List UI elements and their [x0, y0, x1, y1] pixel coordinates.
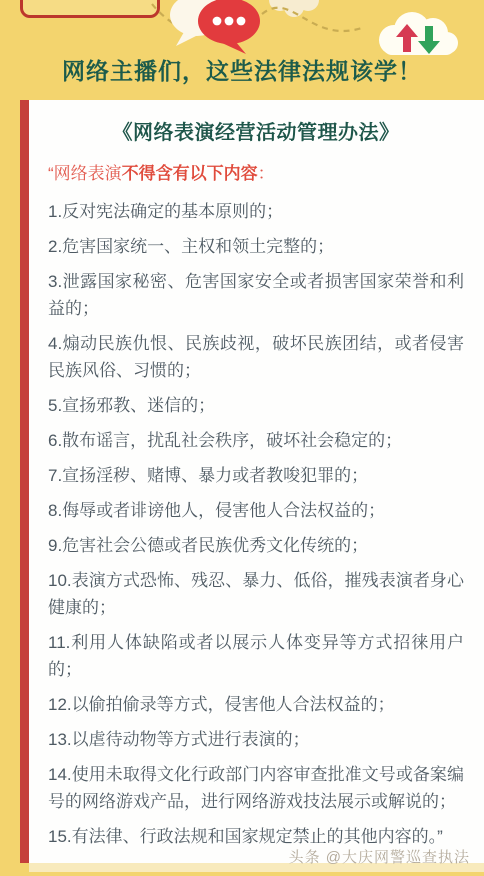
red-chat-bubble-icon: [198, 0, 260, 54]
list-item: 10.表演方式恐怖、残忍、暴力、低俗，摧残表演者身心健康的；: [48, 567, 464, 621]
list-item: 5.宣扬邪教、迷信的；: [48, 392, 464, 419]
list-item: 8.侮辱或者诽谤他人，侵害他人合法权益的；: [48, 497, 464, 524]
dashed-line-right-icon: [262, 8, 362, 31]
list-item: 14.使用未取得文化行政部门内容审查批准文号或备案编号的网络游戏产品，进行网络游…: [48, 761, 464, 815]
card-title: 《网络表演经营活动管理办法》: [48, 116, 464, 145]
lead-line: “网络表演不得含有以下内容：: [48, 162, 464, 186]
list-item: 3.泄露国家秘密、危害国家安全或者损害国家荣誉和利益的；: [48, 268, 464, 322]
list-item: 11.利用人体缺陷或者以展示人体变异等方式招徕用户的；: [48, 629, 464, 683]
list-item: 4.煽动民族仇恨、民族歧视，破坏民族团结，或者侵害民族风俗、习惯的；: [48, 330, 464, 384]
lead-normal-text: 网络表演: [54, 164, 122, 183]
content-card: 《网络表演经营活动管理办法》 “网络表演不得含有以下内容： 1.反对宪法确定的基…: [20, 100, 484, 863]
list-item: 12.以偷拍偷录等方式，侵害他人合法权益的；: [48, 691, 464, 718]
watermark: 头条 @大庆网警巡查执法: [289, 846, 470, 867]
lead-colon: ：: [258, 164, 275, 183]
card-left-stripe: [20, 100, 29, 863]
watermark-account: @大庆网警巡查执法: [326, 849, 470, 866]
banner-title: 网络主播们，这些法律法规该学！: [0, 53, 484, 86]
prohibited-content-list: 1.反对宪法确定的基本原则的；2.危害国家统一、主权和领土完整的；3.泄露国家秘…: [48, 198, 464, 850]
cloud-icon: [379, 12, 458, 55]
list-item: 7.宣扬淫秽、赌博、暴力或者教唆犯罪的；: [48, 462, 464, 489]
list-item: 9.危害社会公德或者民族优秀文化传统的；: [48, 532, 464, 559]
list-item: 13.以虐待动物等方式进行表演的；: [48, 726, 464, 753]
list-item: 6.散布谣言，扰乱社会秩序，破坏社会稳定的；: [48, 427, 464, 454]
watermark-brand: 头条: [289, 849, 321, 866]
list-item: 2.危害国家统一、主权和领土完整的；: [48, 233, 464, 260]
list-item: 1.反对宪法确定的基本原则的；: [48, 198, 464, 225]
card-body: 《网络表演经营活动管理办法》 “网络表演不得含有以下内容： 1.反对宪法确定的基…: [29, 100, 484, 863]
lead-bold-text: 不得含有以下内容: [122, 164, 258, 183]
